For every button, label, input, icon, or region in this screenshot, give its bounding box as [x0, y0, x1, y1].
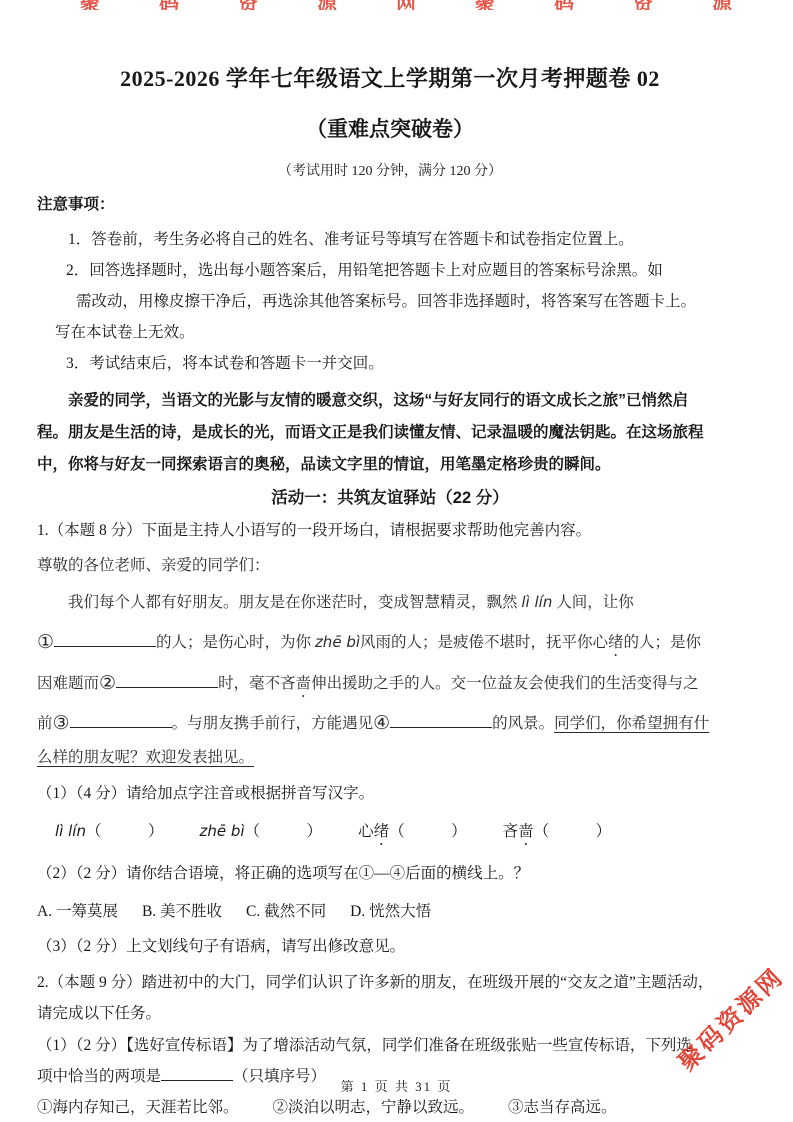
- question-2-stem-line1: 2.（本题 9 分）踏进初中的大门，同学们认识了许多新的朋友，在班级开展的“交友…: [37, 969, 743, 997]
- intro-paragraph: 亲爱的同学，当语文的光影与友情的暖意交织，这场“与好友同行的语文成长之旅”已悄然…: [37, 385, 743, 481]
- fill-blank-2: [116, 673, 218, 688]
- notice-item-2-line2: 需改动，用橡皮擦干净后，再选涂其他答案标号。回答非选择题时，将答案写在答题卡上。: [76, 286, 743, 317]
- top-edge-watermark-fragments: 聚码资源网聚码资源: [0, 0, 793, 10]
- dotted-char-xu: 绪: [608, 634, 624, 651]
- speech-text: 人间，让你: [552, 594, 633, 611]
- speech-line-5: 么样的朋友呢？欢迎发表拙见。: [37, 745, 743, 770]
- underlined-sentence-part1: 同学们，你希望拥有什: [554, 715, 709, 732]
- answer-bracket: （ ）: [534, 823, 612, 840]
- fill-blank-4: [390, 713, 492, 728]
- speech-line-2: ①的人；是伤心时，为你 zhē bì风雨的人；是疲倦不堪时，抚平你心绪的人；是你: [37, 630, 743, 660]
- underlined-sentence-part2: 么样的朋友呢？欢迎发表拙见。: [37, 749, 254, 766]
- dotted-char-se: 啬: [518, 823, 534, 840]
- slogan-3: ③志当存高远。: [508, 1099, 617, 1116]
- slogan-1: ①海内存知己，天涯若比邻。: [37, 1099, 239, 1116]
- speech-salutation: 尊敬的各位老师、亲爱的同学们：: [37, 554, 743, 578]
- speech-text: 。与朋友携手前行，方能遇见: [172, 715, 374, 732]
- pinyin-group-2: zhē bì（ ）: [199, 823, 322, 840]
- speech-text: 伸出援助之手的人。交一位益友会使我们的生活变得与之: [311, 675, 699, 692]
- question-1-sub2: （2）（2 分）请你结合语境，将正确的选项写在①—④后面的横线上。？: [37, 860, 743, 887]
- speech-line-4: 前③。与朋友携手前行，方能遇见④的风景。同学们，你希望拥有什: [37, 711, 743, 736]
- speech-text: 因难题而: [37, 675, 99, 692]
- question-1-stem: 1.（本题 8 分）下面是主持人小语写的一段开场白，请根据要求帮助他完善内容。: [37, 517, 743, 544]
- circled-number-3: ③: [53, 713, 70, 734]
- word-group-xinxu: 心绪（ ）: [358, 823, 467, 840]
- notice-item-3: 3．考试结束后，将本试卷和答题卡一并交回。: [66, 348, 743, 379]
- pinyin-li-lin: lì lín: [55, 822, 86, 840]
- pinyin-li-lin: lì lín: [521, 593, 552, 611]
- answer-bracket: （ ）: [245, 823, 323, 840]
- page-number: 第 1 页 共 31 页: [0, 1076, 793, 1095]
- slogan-options-row: ①海内存知己，天涯若比邻。②淡泊以明志，宁静以致远。③志当存高远。: [37, 1094, 743, 1121]
- answer-bracket: （ ）: [86, 823, 164, 840]
- circled-number-1: ①: [37, 632, 54, 653]
- notice-item-2-line3: 写在本试卷上无效。: [55, 317, 743, 348]
- circled-number-2: ②: [99, 673, 116, 694]
- notice-heading: 注意事项：: [37, 194, 743, 216]
- pinyin-answer-row: lì lín（ ）zhē bì（ ）心绪（ ）吝啬（ ）: [55, 819, 743, 849]
- opening-speech-block: 尊敬的各位老师、亲爱的同学们： 我们每个人都有好朋友。朋友是在你迷茫时，变成智慧…: [37, 554, 743, 770]
- speech-text: 我们每个人都有好朋友。朋友是在你迷茫时，变成智慧精灵，飘然: [68, 594, 521, 611]
- option-d: D. 恍然大悟: [350, 903, 431, 920]
- question-2-stem-line2: 请完成以下任务。: [37, 1000, 743, 1027]
- speech-text: 的人；是伤心时，为你: [156, 634, 315, 651]
- speech-text: 前: [37, 715, 53, 732]
- speech-line-1: 我们每个人都有好朋友。朋友是在你迷茫时，变成智慧精灵，飘然 lì lín 人间，…: [37, 590, 743, 615]
- choice-options-row: A. 一筹莫展B. 美不胜收C. 截然不同D. 恍然大悟: [37, 898, 743, 925]
- speech-text: 的风景。: [492, 715, 554, 732]
- speech-line-3: 因难题而②时，毫不吝啬伸出援助之手的人。交一位益友会使我们的生活变得与之: [37, 671, 743, 701]
- question-1-sub3: （3）（2 分）上文划线句子有语病，请写出修改意见。: [37, 933, 743, 960]
- speech-text: 时，毫不吝: [218, 675, 296, 692]
- intro-line-3: 中，你将与好友一同探索语言的奥秘，品读文字里的情谊，用笔墨定格珍贵的瞬间。: [37, 449, 743, 481]
- circled-number-4: ④: [373, 713, 390, 734]
- option-b: B. 美不胜收: [142, 903, 222, 920]
- notice-item-2-line1: 2．回答选择题时，选出每小题答案后，用铅笔把答题卡上对应题目的答案标号涂黑。如: [66, 255, 743, 286]
- question-2-sub1-line1: （1）（2 分）【选好宣传标语】为了增添活动气氛，同学们准备在班级张贴一些宣传标…: [37, 1032, 743, 1060]
- exam-paper-page: 聚码资源网聚码资源 2025-2026 学年七年级语文上学期第一次月考押题卷 0…: [0, 0, 793, 1122]
- answer-bracket: （ ）: [389, 823, 467, 840]
- pinyin-group-1: lì lín（ ）: [55, 823, 163, 840]
- intro-line-2: 程。朋友是生活的诗，是成长的光，而语文正是我们读懂友情、记录温暖的魔法钥匙。在这…: [37, 417, 743, 449]
- page-title: 2025-2026 学年七年级语文上学期第一次月考押题卷 02: [37, 62, 743, 93]
- intro-line-1: 亲爱的同学，当语文的光影与友情的暖意交织，这场“与好友同行的语文成长之旅”已悄然…: [37, 385, 743, 417]
- activity-1-heading: 活动一：共筑友谊驿站（22 分）: [37, 484, 743, 512]
- slogan-2: ②淡泊以明志，宁静以致远。: [273, 1099, 475, 1116]
- fill-blank-1: [54, 632, 156, 647]
- fill-blank-3: [70, 713, 172, 728]
- pinyin-zhe-bi: zhē bì: [199, 822, 244, 840]
- option-c: C. 截然不同: [246, 903, 326, 920]
- speech-text: 的人；是你: [624, 634, 702, 651]
- cut-watermark-text: 聚码资源网聚码资源: [0, 0, 793, 10]
- page-subtitle: （重难点突破卷）: [37, 113, 743, 143]
- char-xin: 心: [358, 823, 374, 840]
- dotted-char-se: 啬: [296, 675, 312, 692]
- word-group-linse: 吝啬（ ）: [503, 823, 612, 840]
- speech-text: 风雨的人；是疲倦不堪时，抚平你心: [360, 634, 608, 651]
- char-lin: 吝: [503, 823, 519, 840]
- dotted-char-xu: 绪: [374, 823, 390, 840]
- question-1-sub1: （1）（4 分）请给加点字注音或根据拼音写汉字。: [37, 780, 743, 807]
- pinyin-zhe-bi: zhē bì: [315, 633, 360, 651]
- option-a: A. 一筹莫展: [37, 903, 118, 920]
- notice-item-1: 1．答卷前，考生务必将自己的姓名、准考证号等填写在答题卡和试卷指定位置上。: [68, 224, 743, 255]
- exam-duration-info: （考试用时 120 分钟，满分 120 分）: [37, 160, 743, 180]
- notice-section: 注意事项： 1．答卷前，考生务必将自己的姓名、准考证号等填写在答题卡和试卷指定位…: [37, 194, 743, 379]
